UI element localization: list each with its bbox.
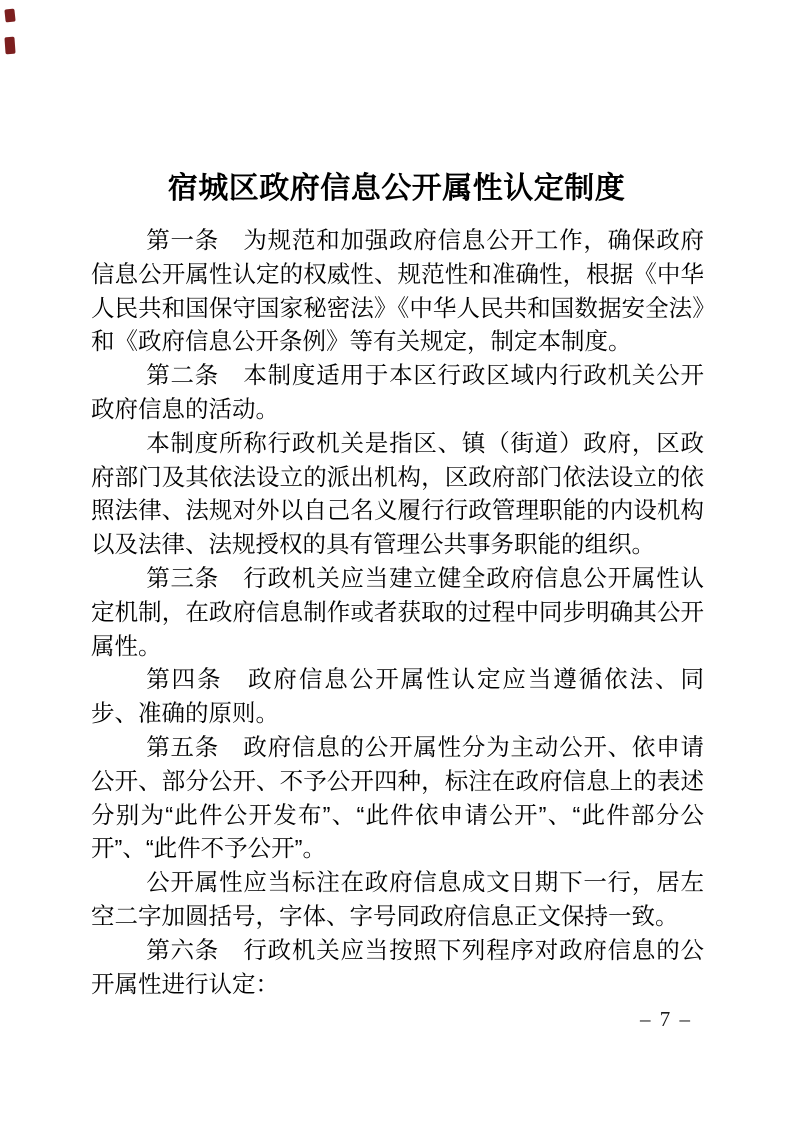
document-title: 宿城区政府信息公开属性认定制度	[0, 163, 793, 207]
paragraph-article-5-cont: 公开属性应当标注在政府信息成文日期下一行，居左空二字加圆括号，字体、字号同政府信…	[91, 866, 704, 934]
document-body: 第一条 为规范和加强政府信息公开工作，确保政府信息公开属性认定的权威性、规范性和…	[91, 224, 704, 1001]
page-number: – 7 –	[640, 1007, 692, 1032]
paragraph-article-1: 第一条 为规范和加强政府信息公开工作，确保政府信息公开属性认定的权威性、规范性和…	[91, 224, 704, 359]
paragraph-article-5: 第五条 政府信息的公开属性分为主动公开、依申请公开、部分公开、不予公开四种，标注…	[91, 731, 704, 866]
paragraph-article-4: 第四条 政府信息公开属性认定应当遵循依法、同步、准确的原则。	[91, 663, 704, 731]
paragraph-article-2-cont: 本制度所称行政机关是指区、镇（街道）政府，区政府部门及其依法设立的派出机构，区政…	[91, 427, 704, 562]
scan-artifact-mark	[4, 9, 15, 23]
paragraph-article-3: 第三条 行政机关应当建立健全政府信息公开属性认定机制，在政府信息制作或者获取的过…	[91, 562, 704, 663]
scan-artifact-mark	[4, 37, 15, 55]
paragraph-article-2: 第二条 本制度适用于本区行政区域内行政机关公开政府信息的活动。	[91, 359, 704, 427]
paragraph-article-6: 第六条 行政机关应当按照下列程序对政府信息的公开属性进行认定：	[91, 934, 704, 1002]
document-page: 宿城区政府信息公开属性认定制度 第一条 为规范和加强政府信息公开工作，确保政府信…	[0, 0, 793, 1122]
